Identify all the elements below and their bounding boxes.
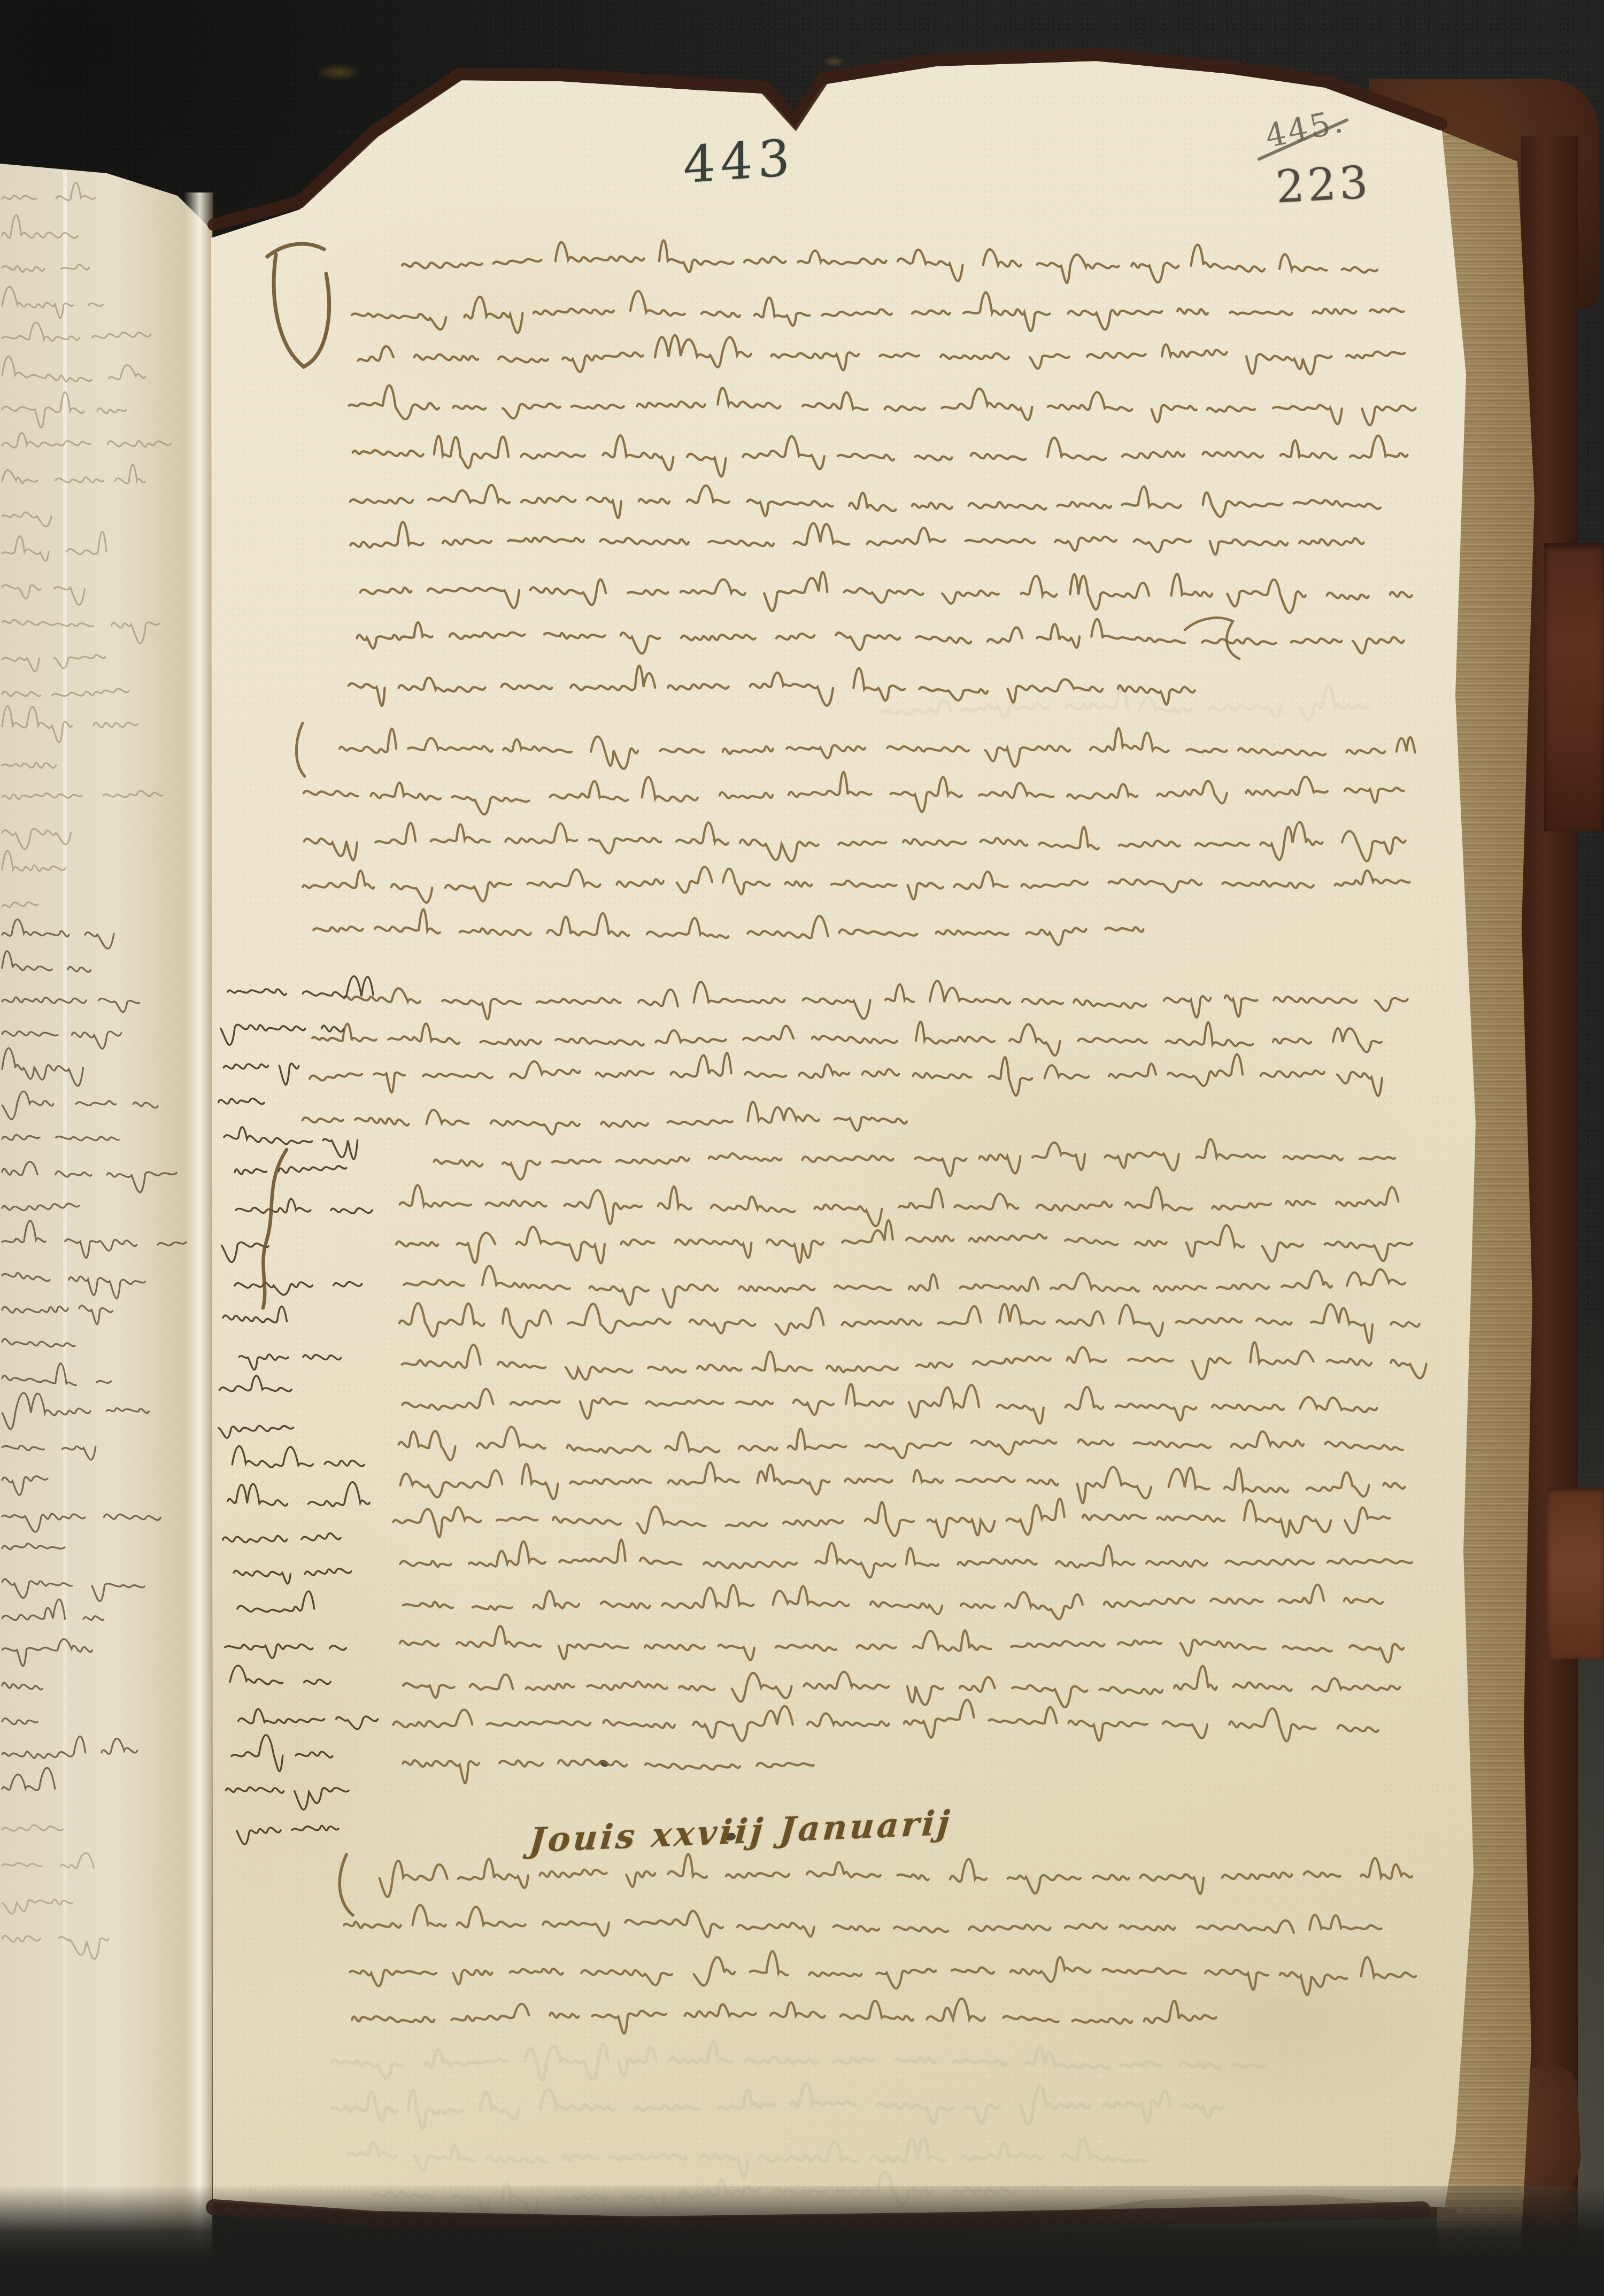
leather-strap-upper: [1544, 543, 1604, 831]
paper-stain: [315, 63, 361, 81]
gutter-fold-highlight: [184, 192, 213, 2267]
paper-texture-overlay: [0, 0, 1604, 2296]
paper-stain: [822, 56, 846, 67]
facing-page-sliver: [0, 0, 212, 2296]
bottom-shadow-fade: [0, 2186, 1604, 2296]
manuscript-photo: 443 445. 223 Jouis xxviij Januarij: [0, 0, 1604, 2296]
leather-strap-lower: [1547, 1488, 1604, 1659]
sliver-crease-highlight: [63, 171, 67, 2256]
